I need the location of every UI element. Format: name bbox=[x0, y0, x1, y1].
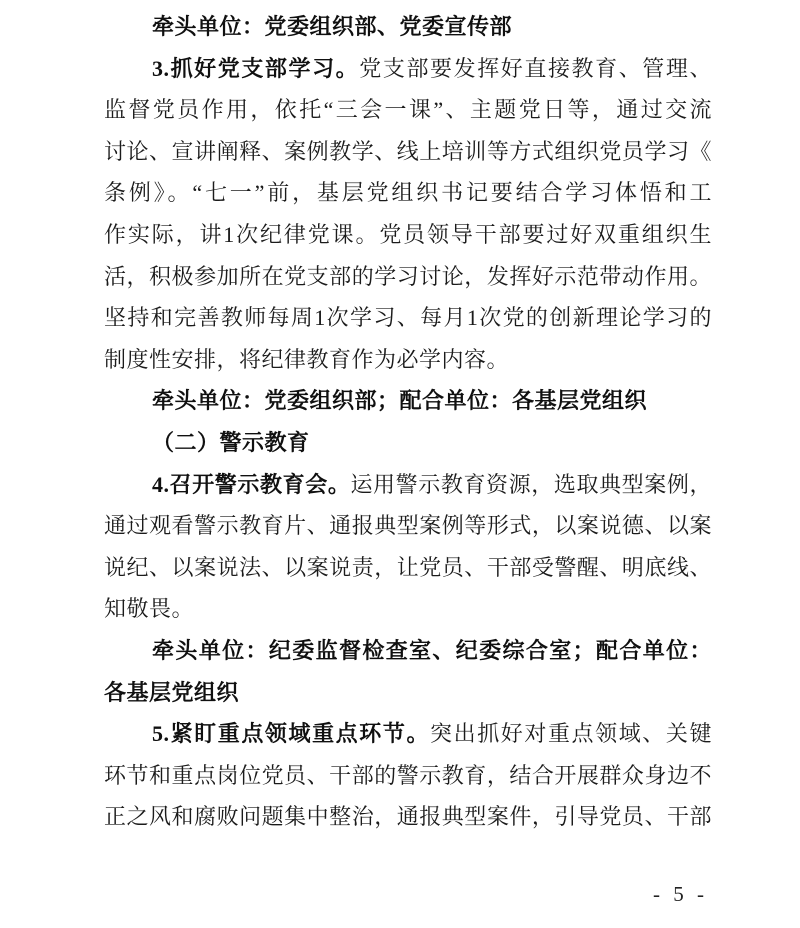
document-page: 牵头单位：党委组织部、党委宣传部3.抓好党支部学习。党支部要发挥好直接教育、管理… bbox=[0, 0, 800, 928]
page-number: - 5 - bbox=[653, 882, 708, 907]
text-line: 制度性安排，将纪律教育作为必学内容。 bbox=[104, 339, 712, 381]
bold-text-segment: 牵头单位：党委组织部；配合单位：各基层党组织 bbox=[152, 388, 647, 413]
text-line: 牵头单位：党委组织部、党委宣传部 bbox=[104, 6, 712, 48]
bold-text-segment: 5.紧盯重点领域重点环节。 bbox=[152, 721, 430, 746]
text-line: 讨论、宣讲阐释、案例教学、线上培训等方式组织党员学习《 bbox=[104, 131, 712, 173]
body-text-segment: 条例》。“七一”前，基层党组织书记要结合学习体悟和工 bbox=[104, 180, 712, 205]
text-line: 正之风和腐败问题集中整治，通报典型案件，引导党员、干部 bbox=[104, 796, 712, 838]
text-line: （二）警示教育 bbox=[104, 422, 712, 464]
body-text-segment: 通过观看警示教育片、通报典型案例等形式，以案说德、以案 bbox=[104, 513, 712, 538]
body-text-segment: 作实际，讲1次纪律党课。党员领导干部要过好双重组织生 bbox=[104, 222, 712, 247]
text-line: 牵头单位：纪委监督检查室、纪委综合室；配合单位： bbox=[104, 630, 712, 672]
text-line: 4.召开警示教育会。运用警示教育资源，选取典型案例， bbox=[104, 464, 712, 506]
bold-text-segment: 各基层党组织 bbox=[104, 680, 239, 705]
bold-text-segment: 牵头单位：党委组织部、党委宣传部 bbox=[152, 14, 512, 39]
text-line: 作实际，讲1次纪律党课。党员领导干部要过好双重组织生 bbox=[104, 214, 712, 256]
body-text-segment: 坚持和完善教师每周1次学习、每月1次党的创新理论学习的 bbox=[104, 305, 712, 330]
text-line: 监督党员作用，依托“三会一课”、主题党日等，通过交流 bbox=[104, 89, 712, 131]
bold-text-segment: 牵头单位：纪委监督检查室、纪委综合室；配合单位： bbox=[152, 638, 712, 663]
body-text-segment: 党支部要发挥好直接教育、管理、 bbox=[359, 56, 712, 81]
bold-text-segment: 4.召开警示教育会。 bbox=[152, 472, 350, 497]
text-line: 环节和重点岗位党员、干部的警示教育，结合开展群众身边不 bbox=[104, 755, 712, 797]
document-body: 牵头单位：党委组织部、党委宣传部3.抓好党支部学习。党支部要发挥好直接教育、管理… bbox=[104, 6, 712, 838]
text-line: 条例》。“七一”前，基层党组织书记要结合学习体悟和工 bbox=[104, 172, 712, 214]
body-text-segment: 运用警示教育资源，选取典型案例， bbox=[350, 472, 712, 497]
text-line: 通过观看警示教育片、通报典型案例等形式，以案说德、以案 bbox=[104, 505, 712, 547]
body-text-segment: 突出抓好对重点领域、关键 bbox=[430, 721, 712, 746]
body-text-segment: 环节和重点岗位党员、干部的警示教育，结合开展群众身边不 bbox=[104, 763, 712, 788]
body-text-segment: 说纪、以案说法、以案说责，让党员、干部受警醒、明底线、 bbox=[104, 555, 712, 580]
body-text-segment: 知敬畏。 bbox=[104, 596, 194, 621]
body-text-segment: 活，积极参加所在党支部的学习讨论，发挥好示范带动作用。 bbox=[104, 264, 712, 289]
body-text-segment: 制度性安排，将纪律教育作为必学内容。 bbox=[104, 347, 509, 372]
text-line: 各基层党组织 bbox=[104, 672, 712, 714]
bold-text-segment: 3.抓好党支部学习。 bbox=[152, 56, 359, 81]
body-text-segment: 正之风和腐败问题集中整治，通报典型案件，引导党员、干部 bbox=[104, 804, 712, 829]
body-text-segment: 监督党员作用，依托“三会一课”、主题党日等，通过交流 bbox=[104, 97, 712, 122]
bold-text-segment: （二）警示教育 bbox=[152, 430, 310, 455]
text-line: 5.紧盯重点领域重点环节。突出抓好对重点领域、关键 bbox=[104, 713, 712, 755]
text-line: 牵头单位：党委组织部；配合单位：各基层党组织 bbox=[104, 380, 712, 422]
text-line: 说纪、以案说法、以案说责，让党员、干部受警醒、明底线、 bbox=[104, 547, 712, 589]
body-text-segment: 讨论、宣讲阐释、案例教学、线上培训等方式组织党员学习《 bbox=[104, 139, 712, 164]
text-line: 活，积极参加所在党支部的学习讨论，发挥好示范带动作用。 bbox=[104, 256, 712, 298]
text-line: 3.抓好党支部学习。党支部要发挥好直接教育、管理、 bbox=[104, 48, 712, 90]
text-line: 坚持和完善教师每周1次学习、每月1次党的创新理论学习的 bbox=[104, 297, 712, 339]
text-line: 知敬畏。 bbox=[104, 588, 712, 630]
